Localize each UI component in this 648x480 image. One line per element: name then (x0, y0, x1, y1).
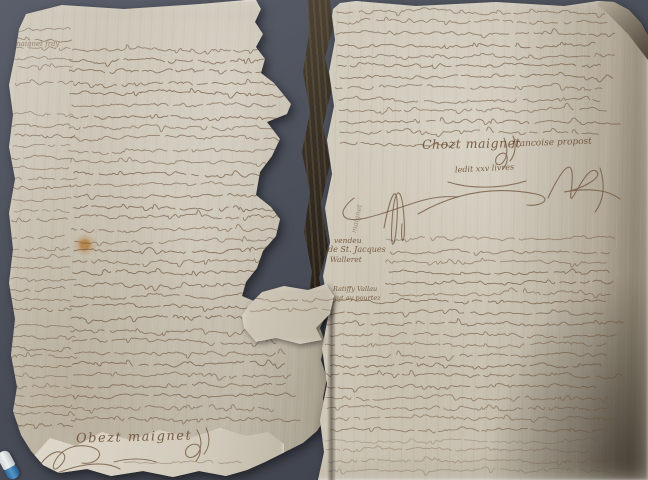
fragment-shadow (242, 284, 334, 344)
manuscript-photo: maignet fray Obezt maignet Chozt maignet… (0, 0, 648, 480)
right-page-shadow (296, 0, 648, 480)
left-page (4, 0, 334, 480)
fragment-handwriting (242, 284, 334, 344)
right-page (296, 0, 648, 480)
left-page-handwriting (4, 0, 334, 480)
left-page-shadow (4, 0, 334, 480)
paper-fragment (242, 284, 334, 344)
torn-bottom-flap (32, 424, 284, 480)
right-page-handwriting (296, 0, 648, 480)
corner-fold (594, 0, 648, 62)
